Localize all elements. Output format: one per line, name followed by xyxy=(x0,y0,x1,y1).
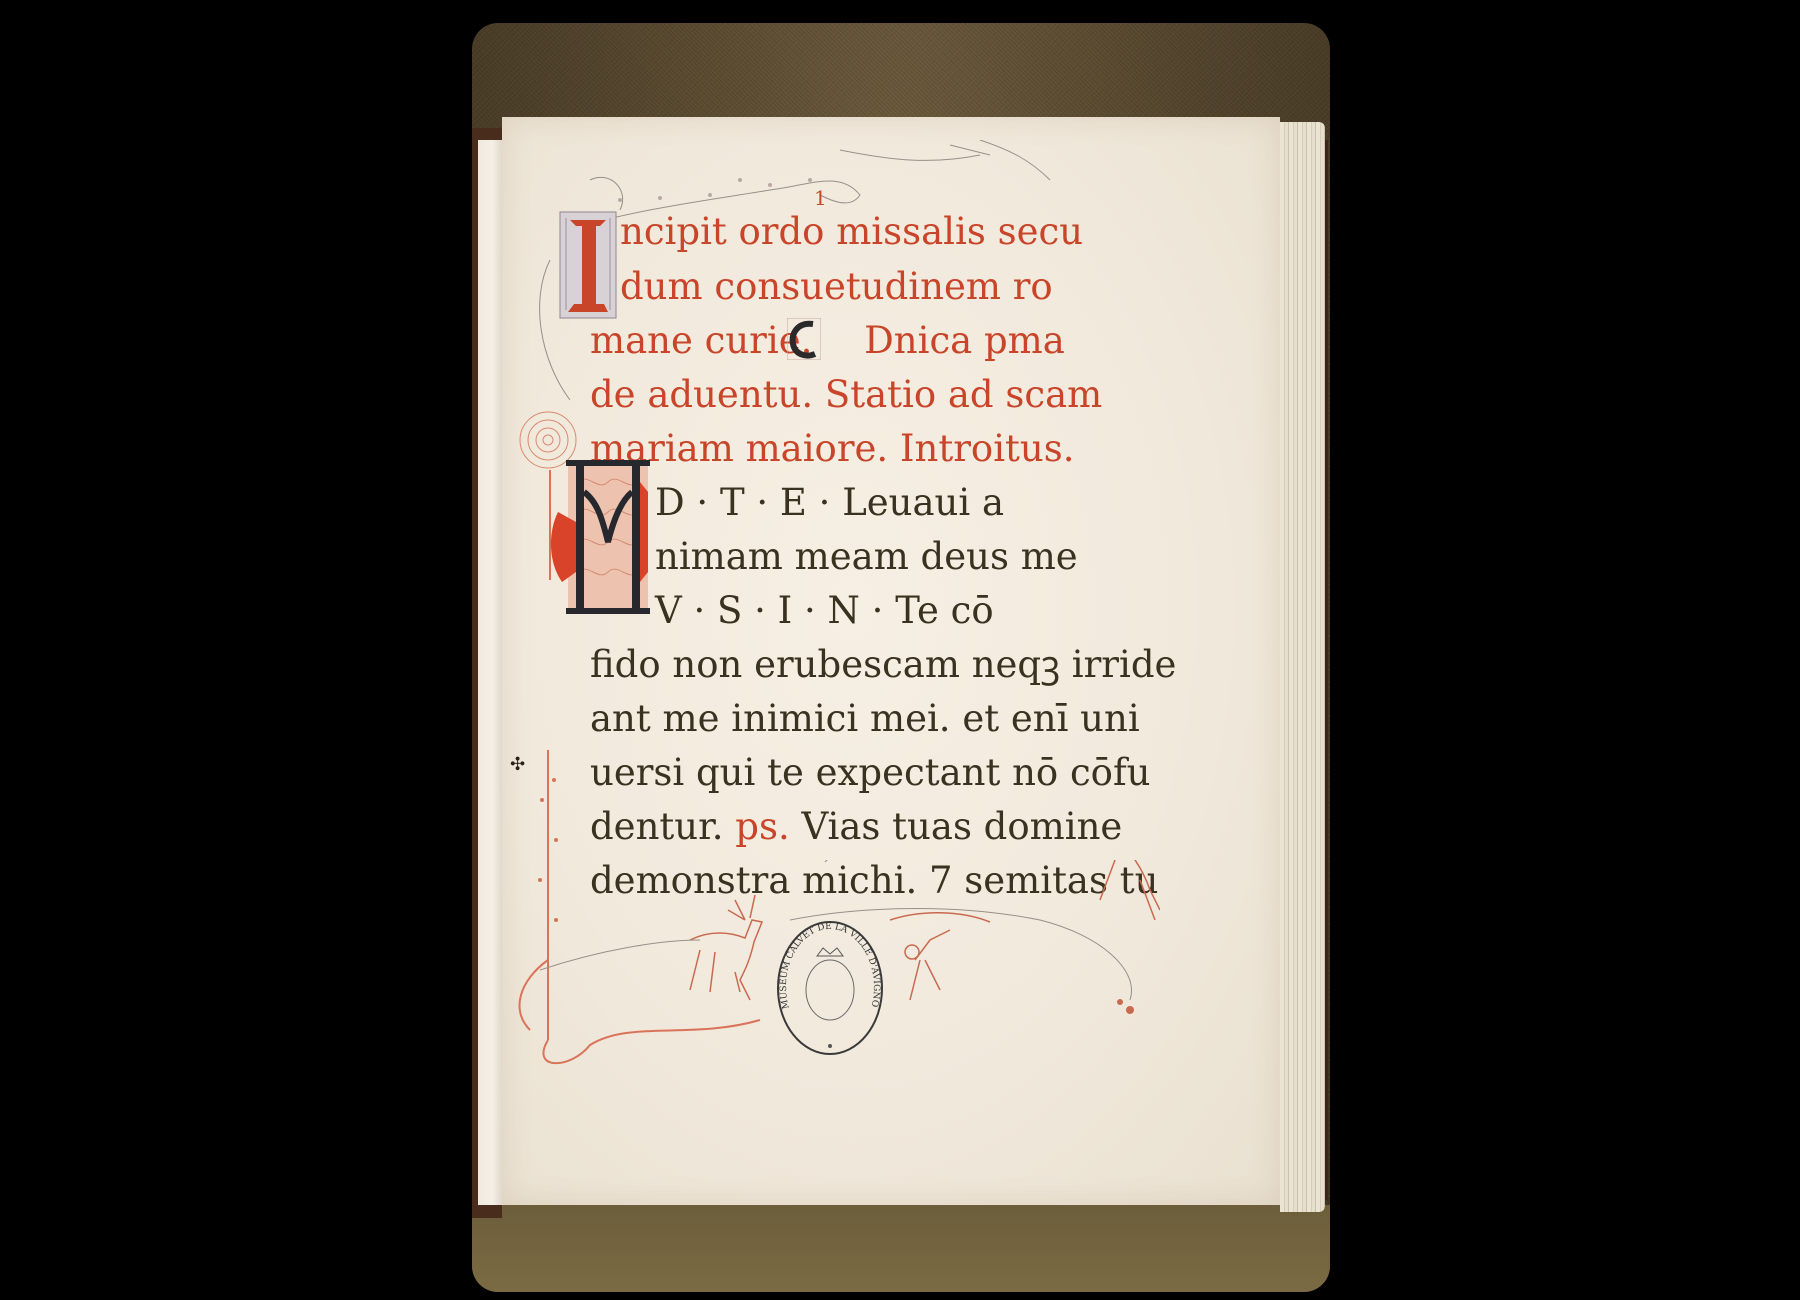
museum-stamp-icon: MUSEUM CALVET DE LA VILLE D'AVIGNON xyxy=(775,918,885,1058)
text-line-6: D · T · E · Leuaui a xyxy=(655,484,1004,521)
text-line-8: V · S · I · N · Te cō xyxy=(655,592,994,629)
illuminated-initial-a-icon xyxy=(548,452,652,622)
illuminated-initial-i-icon xyxy=(556,210,620,320)
stamp-text: MUSEUM CALVET DE LA VILLE D'AVIGNON xyxy=(775,918,881,1010)
text-line-3: mane curie. Dnica pma xyxy=(590,322,1065,359)
text-line-1: ncipit ordo missalis secu xyxy=(620,213,1083,250)
text-line-4: de aduentu. Statio ad scam xyxy=(590,376,1102,413)
svg-text:✣: ✣ xyxy=(510,754,525,775)
text-line-12-start: dentur. xyxy=(590,805,724,848)
folio-number: 1 xyxy=(814,186,827,210)
text-line-9: fido non erubescam neqꝫ irride xyxy=(590,646,1176,683)
initial-c-icon xyxy=(787,318,821,360)
facing-page-edge xyxy=(478,140,503,1205)
text-line-12-rest: Vias tuas domine xyxy=(801,805,1122,848)
text-line-12: dentur. ps. Vias tuas domine xyxy=(590,808,1122,845)
text-line-7: nimam meam deus me xyxy=(655,538,1078,575)
svg-text:MUSEUM CALVET DE LA VILLE D'AV: MUSEUM CALVET DE LA VILLE D'AVIGNON xyxy=(775,918,881,1010)
text-line-2: dum consuetudinem ro xyxy=(620,268,1053,305)
page-stack-edges xyxy=(1280,122,1325,1212)
text-line-10: ant me inimici mei. et enī uni xyxy=(590,700,1140,737)
text-line-3-rest: Dnica pma xyxy=(864,319,1065,362)
text-line-11: uersi qui te expectant nō cōfu xyxy=(590,754,1150,791)
text-line-5: mariam maiore. Introitus. xyxy=(590,430,1075,467)
psalm-rubric: ps. xyxy=(735,805,789,848)
book-cover-bottom xyxy=(472,1205,1330,1292)
